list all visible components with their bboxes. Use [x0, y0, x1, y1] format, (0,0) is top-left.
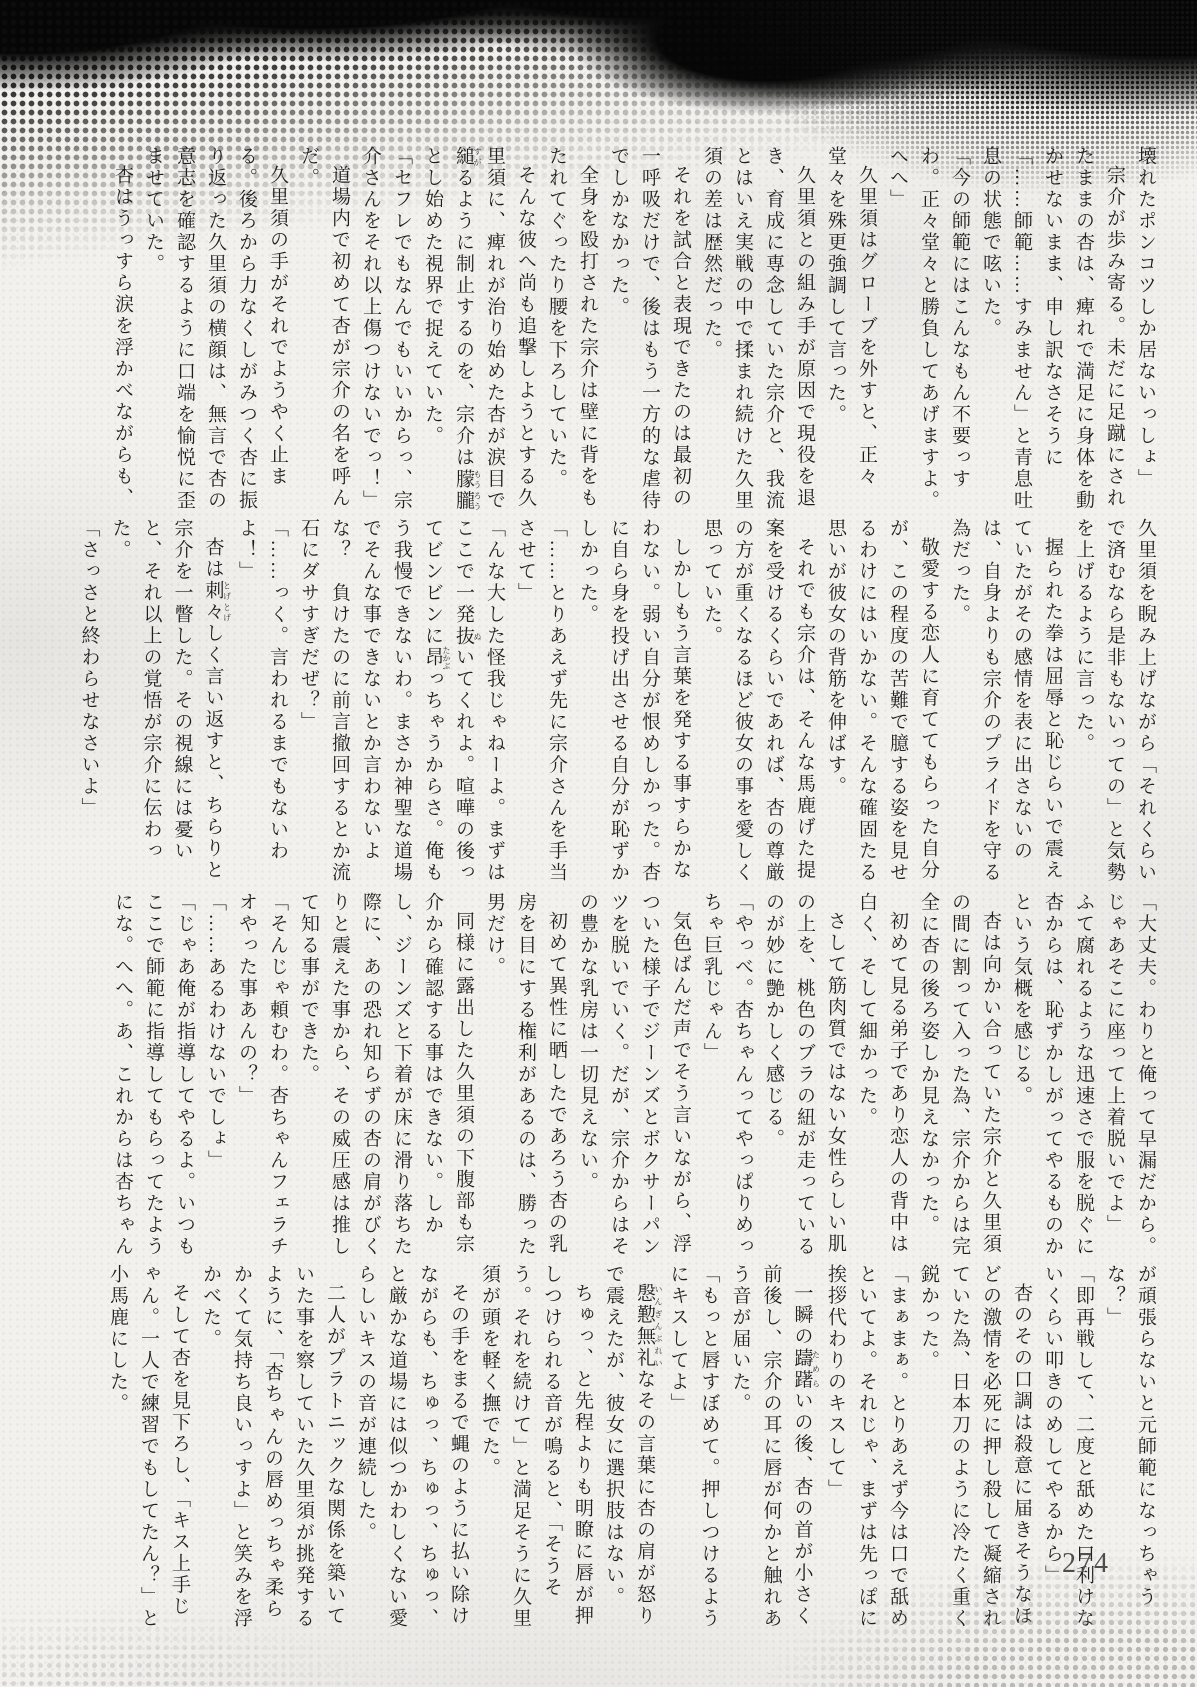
paragraph: 慇懃無礼いんぎんぶれいなその言葉に杏の肩が怒りで震えたが、彼女に選択肢はない。 [598, 1264, 663, 1636]
paragraph: その手をまるで蝿のように払い除けながらも、ちゅっ、ちゅっ、ちゅっ、と厳かな道場に… [350, 1264, 474, 1636]
paragraph: 「さっさと終わらせなさいよ」 [74, 518, 105, 890]
paragraph: ふて腐れるような迅速さで服を脱ぐに杏からは、恥ずかしがってやるものかという気概を… [1006, 892, 1099, 1264]
paragraph: 初めて見る弟子であり恋人の背中は白く、そして細かった。 [851, 892, 913, 1264]
paragraph: 杏は向かい合っていた宗介と久里須の間に割って入った為、宗介からは完全に杏の後ろ姿… [913, 892, 1006, 1264]
paragraph: 初めて異性に晒したであろう杏の乳房を目にする権利があるのは、勝った男だけ。 [479, 892, 572, 1264]
paragraph: しかしもう言葉を発する事すらかなわない。弱い自分が恨めしかった。杏に自ら身を投げ… [572, 518, 696, 890]
paragraph: 「大丈夫。わりと俺って早漏だから。じゃあそこに座って上着脱いでよ」 [1099, 892, 1161, 1264]
paragraph: 全身を殴打された宗介は壁に背をもたれてぐったり腰を下ろしていた。 [541, 146, 603, 518]
paragraph: 「やっべ。杏ちゃんってやっぱりめっちゃ巨乳じゃん」 [696, 892, 758, 1264]
paragraph: 久里須の手がそれでようやく止まる。後ろから力なくしがみつく杏に振り返った久里須の… [138, 146, 293, 518]
paragraph: 久里須との組み手が原因で現役を退き、育成に専念していた宗介と、我流とはいえ実戦の… [696, 146, 820, 518]
paragraph: 道場内で初めて杏が宗介の名を呼んだ。 [293, 146, 355, 518]
paragraph: 「今の師範にはこんなもん不要っすわ。正々堂々と勝負してあげますよ。へへ」 [882, 146, 975, 518]
paragraph: そして杏を見下ろし、「キス上手じゃん。一人で練習でもしてたん？」と小馬鹿にした。 [102, 1264, 195, 1636]
text-band-1: 壊れたポンコツしか居ないっしょ」宗介が歩み寄る。未だに足蹴にされたままの杏は、痺… [107, 146, 1161, 518]
paragraph: それでも宗介は、そんな馬鹿げた提案を受けるくらいであれば、杏の尊厳の方が重くなる… [696, 518, 820, 890]
paragraph: 「……っく。言われるまでもないわよ！」 [231, 518, 293, 890]
paragraph: 「まぁまぁ。とりあえず今は口で舐めといてよ。それじゃ、まずは先っぽに挨拶代わりの… [820, 1264, 913, 1636]
paragraph: 同様に露出した久里須の下腹部も宗介から確認する事はできない。しかし、ジーンズと下… [293, 892, 479, 1264]
text-band-3: 「大丈夫。わりと俺って早漏だから。じゃあそこに座って上着脱いでよ」ふて腐れるよう… [107, 892, 1161, 1264]
paragraph: 久里須を睨み上げながら「それくらいで済むなら是非もないっての」と気勢を上げるよう… [1068, 518, 1161, 890]
paragraph: 杏は刺々とげとげしく言い返すと、ちらりと宗介を一瞥した。その視線には憂いと、それ… [105, 518, 232, 890]
book-page: 壊れたポンコツしか居ないっしょ」宗介が歩み寄る。未だに足蹴にされたままの杏は、痺… [0, 0, 1197, 1687]
paragraph: 握られた拳は屈辱と恥じらいで震えていたがその感情を表に出さないのは、自身よりも宗… [944, 518, 1068, 890]
page-number: 274 [1062, 1548, 1110, 1580]
paragraph: そんな彼へ尚も追撃しようとする久里須に、痺れが治り始めた杏が涙目で縋すがるように… [417, 146, 541, 518]
paragraph: 久里須はグローブを外すと、正々堂々を殊更強調して言った。 [820, 146, 882, 518]
paragraph: 杏のその口調は殺意に届きそうなほどの激情を必死に押し殺して凝縮されていた為、日本… [913, 1264, 1037, 1636]
paragraph: 二人がプラトニックな関係を築いていた事を察していた久里須が挑発するように、「杏ち… [195, 1264, 350, 1636]
paragraph: 壊れたポンコツしか居ないっしょ」 [1130, 146, 1161, 518]
paragraph: 「セフレでもなんでもいいからっ、宗介さんをそれ以上傷つけないでっ！」 [355, 146, 417, 518]
paragraph: 「じゃあ俺が指導してやるよ。いつもここで師範に指導してもらってたようにな。へへ。… [107, 892, 200, 1264]
paragraph: 「即再戦して、二度と舐めた口利けないくらい叩きのめしてやるから」 [1037, 1264, 1099, 1636]
paragraph: 気色ばんだ声でそう言いながら、浮ついた様子でジーンズとボクサーパンツを脱いでいく… [572, 892, 696, 1264]
paragraph: が頑張らないと元師範になっちゃうな？」 [1099, 1264, 1161, 1636]
paragraph: ちゅっ、と先程よりも明瞭に唇が押しつけられる音が鳴ると、「そうそう。それを続けて… [474, 1264, 598, 1636]
text-band-2: 久里須を睨み上げながら「それくらいで済むなら是非もないっての」と気勢を上げるよう… [74, 518, 1162, 890]
paragraph: それを試合と表現できたのは最初の一呼吸だけで、後はもう一方的な虐待でしかなかった… [603, 146, 696, 518]
paragraph: 杏はうっすら涙を浮かべながらも、 [107, 146, 138, 518]
paragraph: 宗介が歩み寄る。未だに足蹴にされたままの杏は、痺れで満足に身体を動かせないまま、… [975, 146, 1130, 518]
paragraph: 一瞬の躊躇ためらいの後、杏の首が小さく前後し、宗介の耳に唇が何かと触れあう音が届… [725, 1264, 821, 1636]
paragraph: 「んな大した怪我じゃねーよ。まずはここで一発抜ぬいてくれよ。喧嘩の後ってビンビン… [293, 518, 510, 890]
paragraph: さして筋肉質ではない女性らしい肌の上を、桃色のブラの紐が走っているのが妙に艶かし… [758, 892, 851, 1264]
paragraph: 敬愛する恋人に育ててもらった自分が、この程度の苦難で臆する姿を見せるわけにはいか… [820, 518, 944, 890]
paragraph: 「……とりあえず先に宗介さんを手当させて」 [510, 518, 572, 890]
text-band-4: が頑張らないと元師範になっちゃうな？」「即再戦して、二度と舐めた口利けないくらい… [102, 1264, 1161, 1636]
paragraph: 「そんじゃ頼むわ。杏ちゃんフェラチオやった事あんの？」 [231, 892, 293, 1264]
paragraph: 「もっと唇すぼめて。押しつけるようにキスしてよ」 [663, 1264, 725, 1636]
paragraph: 「……あるわけないでしょ」 [200, 892, 231, 1264]
